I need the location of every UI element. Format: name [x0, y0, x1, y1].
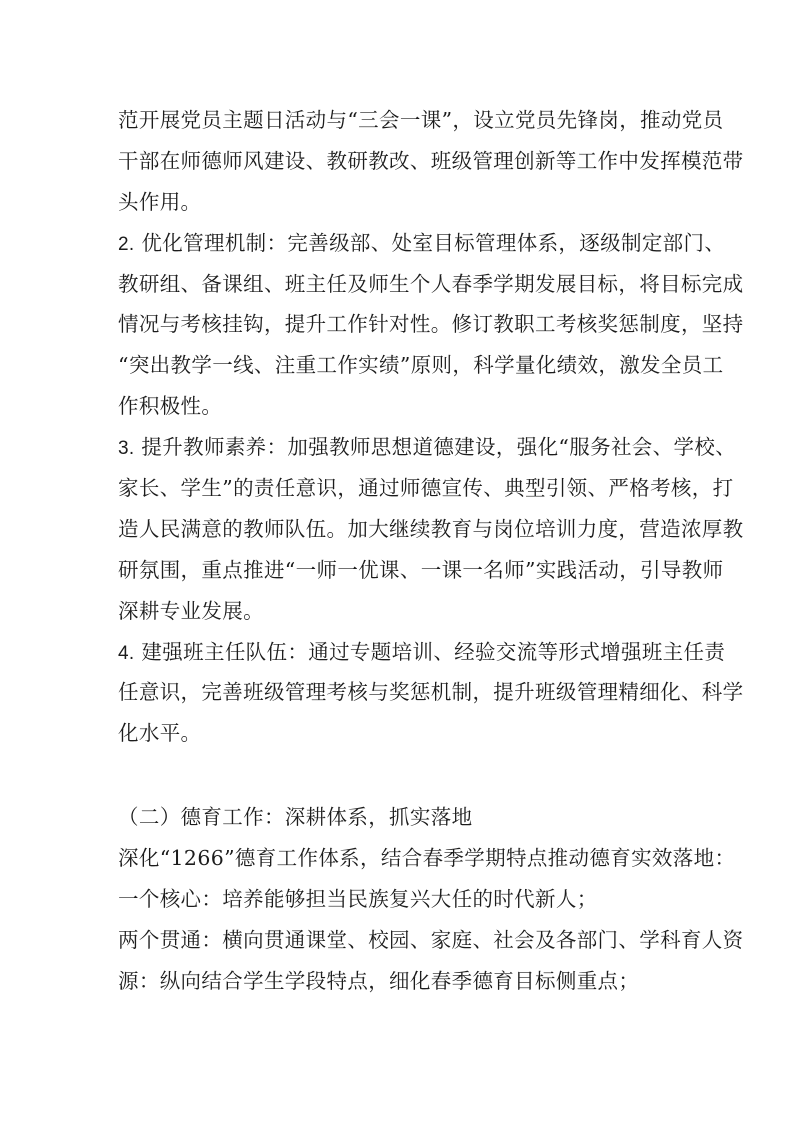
paragraph-line: 家长、学生”的责任意识，通过师德宣传、典型引领、严格考核，打	[118, 468, 674, 509]
paragraph-line: 造人民满意的教师队伍。加大继续教育与岗位培训力度，营造浓厚教	[118, 509, 674, 550]
blank-line	[118, 754, 678, 797]
section-moral-education: （二）德育工作：深耕体系，抓实落地 深化“1266”德育工作体系，结合春季学期特…	[118, 797, 678, 1001]
paragraph-line: 3. 提升教师素养：加强教师思想道德建设，强化“服务社会、学校、	[118, 427, 674, 468]
section-heading: （二）德育工作：深耕体系，抓实落地	[118, 797, 678, 838]
paragraph-line: 化水平。	[118, 713, 678, 754]
list-item-text: 建强班主任队伍：通过专题培训、经验交流等形式增强班主任责	[141, 640, 725, 664]
paragraph-line: 深化“1266”德育工作体系，结合春季学期特点推动德育实效落地：	[118, 838, 674, 879]
paragraph-line: 头作用。	[118, 182, 678, 223]
paragraph-line: 研氛围，重点推进“一师一优课、一课一名师”实践活动，引导教师	[118, 550, 674, 591]
paragraph-line: 任意识，完善班级管理考核与奖惩机制，提升班级管理精细化、科学	[118, 672, 674, 713]
paragraph-line: 源：纵向结合学生学段特点，细化春季德育目标侧重点；	[118, 961, 678, 1002]
document-page: 范开展党员主题日活动与“三会一课”，设立党员先锋岗，推动党员 干部在师德师风建设…	[0, 0, 793, 1122]
party-member-paragraph-continuation: 范开展党员主题日活动与“三会一课”，设立党员先锋岗，推动党员 干部在师德师风建设…	[118, 100, 678, 223]
list-item-text: 提升教师素养：加强教师思想道德建设，强化“服务社会、学校、	[141, 435, 736, 459]
paragraph-line: 教研组、备课组、班主任及师生个人春季学期发展目标，将目标完成	[118, 264, 674, 305]
paragraph-line: 深耕专业发展。	[118, 591, 678, 632]
document-body: 范开展党员主题日活动与“三会一课”，设立党员先锋岗，推动党员 干部在师德师风建设…	[118, 100, 678, 1002]
paragraph-line: 2. 优化管理机制：完善级部、处室目标管理体系，逐级制定部门、	[118, 223, 674, 264]
list-item-optimize-management: 2. 优化管理机制：完善级部、处室目标管理体系，逐级制定部门、 教研组、备课组、…	[118, 223, 678, 427]
paragraph-line: 4. 建强班主任队伍：通过专题培训、经验交流等形式增强班主任责	[118, 632, 674, 673]
paragraph-line: 作积极性。	[118, 386, 678, 427]
list-item-text: 优化管理机制：完善级部、处室目标管理体系，逐级制定部门、	[141, 231, 725, 255]
paragraph-line: 干部在师德师风建设、教研教改、班级管理创新等工作中发挥模范带	[118, 141, 674, 182]
list-number: 2.	[118, 234, 135, 255]
list-item-teacher-quality: 3. 提升教师素养：加强教师思想道德建设，强化“服务社会、学校、 家长、学生”的…	[118, 427, 678, 631]
list-number: 4.	[118, 643, 135, 664]
paragraph-line: 一个核心：培养能够担当民族复兴大任的时代新人；	[118, 879, 678, 920]
paragraph-line: “突出教学一线、注重工作实绩”原则，科学量化绩效，激发全员工	[118, 345, 674, 386]
list-number: 3.	[118, 438, 135, 459]
paragraph-line: 情况与考核挂钩，提升工作针对性。修订教职工考核奖惩制度，坚持	[118, 304, 674, 345]
list-item-head-teacher-team: 4. 建强班主任队伍：通过专题培训、经验交流等形式增强班主任责 任意识，完善班级…	[118, 632, 678, 755]
paragraph-line: 范开展党员主题日活动与“三会一课”，设立党员先锋岗，推动党员	[118, 100, 674, 141]
paragraph-line: 两个贯通：横向贯通课堂、校园、家庭、社会及各部门、学科育人资	[118, 920, 674, 961]
